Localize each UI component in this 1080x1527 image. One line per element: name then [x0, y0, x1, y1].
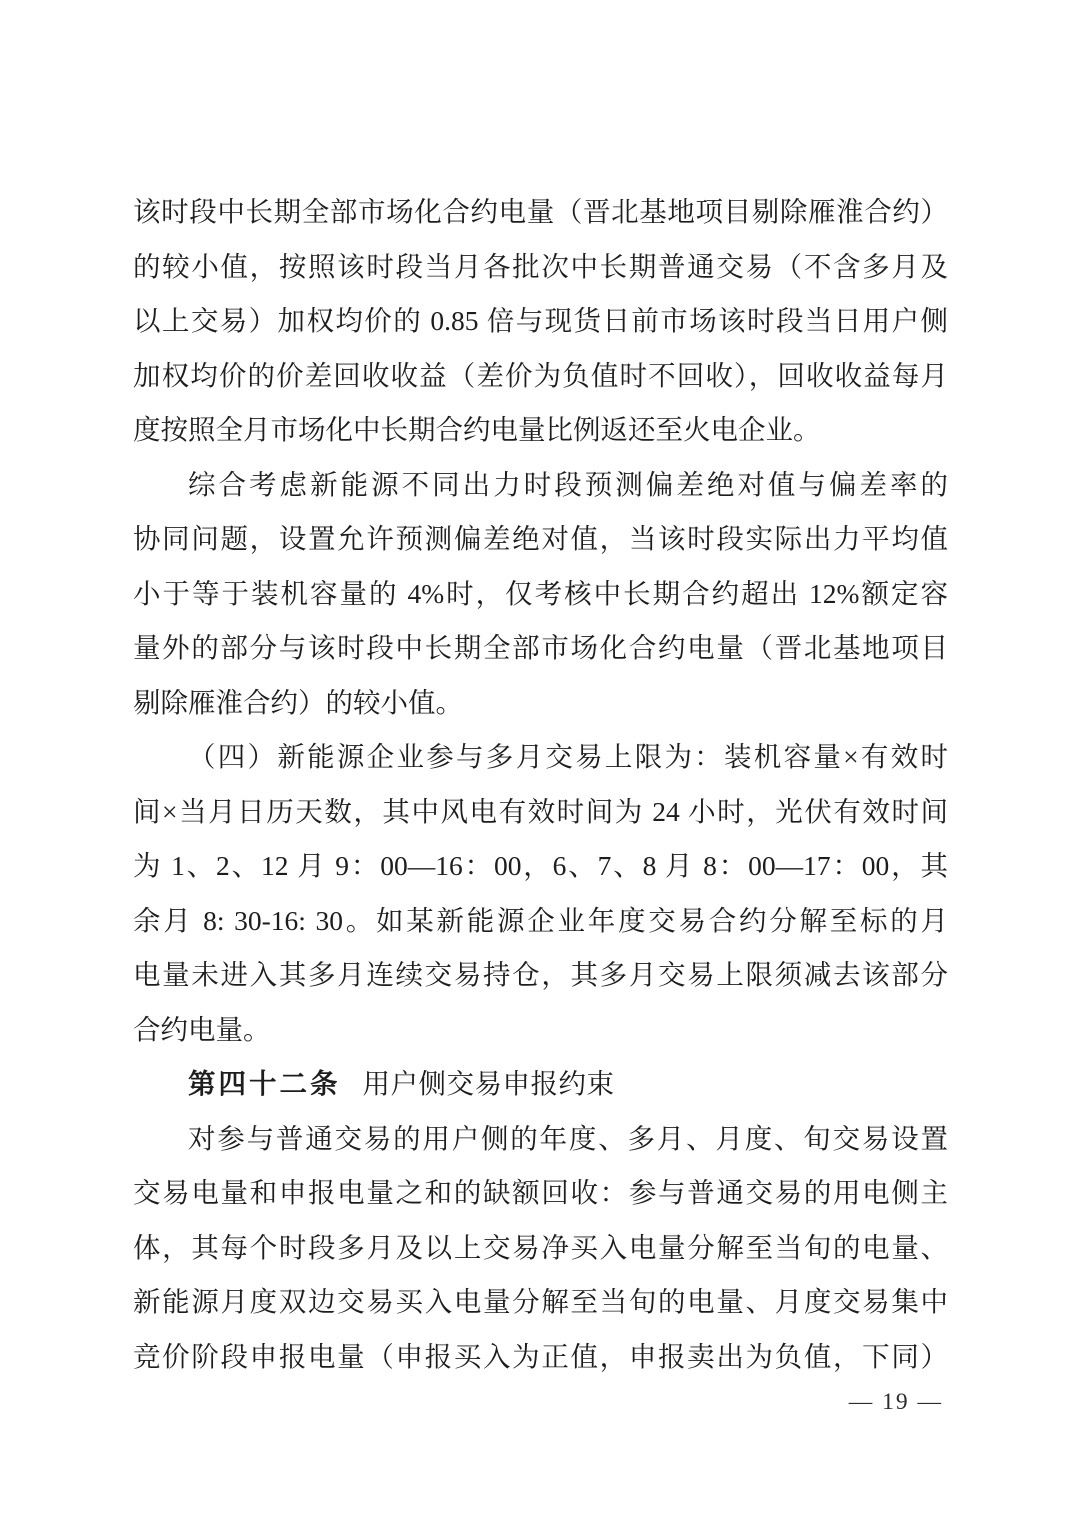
document-page: 该时段中长期全部市场化合约电量（晋北基地项目剔除雁淮合约） 的较小值，按照该时段…: [0, 0, 1080, 1527]
text-line: 小于等于装机容量的 4%时，仅考核中长期合约超出 12%额定容: [133, 567, 948, 622]
text-line: 量外的部分与该时段中长期全部市场化合约电量（晋北基地项目: [133, 621, 948, 676]
text-line: 交易电量和申报电量之和的缺额回收：参与普通交易的用电侧主: [133, 1166, 948, 1221]
text-line: 对参与普通交易的用户侧的年度、多月、月度、旬交易设置: [133, 1112, 948, 1167]
text-line: 剔除雁淮合约）的较小值。: [133, 676, 948, 731]
text-line: 协同问题，设置允许预测偏差绝对值，当该时段实际出力平均值: [133, 512, 948, 567]
text-line: 合约电量。: [133, 1003, 948, 1058]
page-number: — 19 —: [849, 1389, 943, 1415]
paragraph-4: 对参与普通交易的用户侧的年度、多月、月度、旬交易设置 交易电量和申报电量之和的缺…: [133, 1112, 948, 1385]
text-line: 电量未进入其多月连续交易持仓，其多月交易上限须减去该部分: [133, 948, 948, 1003]
text-line: 的较小值，按照该时段当月各批次中长期普通交易（不含多月及: [133, 240, 948, 295]
paragraph-1-continuation: 该时段中长期全部市场化合约电量（晋北基地项目剔除雁淮合约） 的较小值，按照该时段…: [133, 185, 948, 458]
text-line: 为 1、2、12 月 9：00—16：00，6、7、8 月 8：00—17：00…: [133, 839, 948, 894]
text-line: 加权均价的价差回收收益（差价为负值时不回收），回收收益每月: [133, 349, 948, 404]
text-line: 间×当月日历天数，其中风电有效时间为 24 小时，光伏有效时间: [133, 785, 948, 840]
text-line: 竞价阶段申报电量（申报买入为正值，申报卖出为负值，下同）: [133, 1330, 948, 1385]
text-line: （四）新能源企业参与多月交易上限为：装机容量×有效时: [133, 730, 948, 785]
text-line: 该时段中长期全部市场化合约电量（晋北基地项目剔除雁淮合约）: [133, 185, 948, 240]
text-line: 以上交易）加权均价的 0.85 倍与现货日前市场该时段当日用户侧: [133, 294, 948, 349]
text-line: 体，其每个时段多月及以上交易净买入电量分解至当旬的电量、: [133, 1221, 948, 1276]
paragraph-2: 综合考虑新能源不同出力时段预测偏差绝对值与偏差率的 协同问题，设置允许预测偏差绝…: [133, 458, 948, 731]
paragraph-3-item-four: （四）新能源企业参与多月交易上限为：装机容量×有效时 间×当月日历天数，其中风电…: [133, 730, 948, 1057]
article-42-heading: 第四十二条用户侧交易申报约束: [133, 1057, 948, 1112]
page-body-text: 该时段中长期全部市场化合约电量（晋北基地项目剔除雁淮合约） 的较小值，按照该时段…: [133, 185, 948, 1384]
page-footer: — 19 —: [849, 1387, 943, 1417]
text-line: 度按照全月市场化中长期合约电量比例返还至火电企业。: [133, 403, 948, 458]
text-line: 综合考虑新能源不同出力时段预测偏差绝对值与偏差率的: [133, 458, 948, 513]
text-line: 余月 8: 30-16: 30。如某新能源企业年度交易合约分解至标的月: [133, 894, 948, 949]
article-title: 用户侧交易申报约束: [363, 1068, 615, 1099]
article-number: 第四十二条: [188, 1068, 341, 1099]
text-line: 新能源月度双边交易买入电量分解至当旬的电量、月度交易集中: [133, 1275, 948, 1330]
